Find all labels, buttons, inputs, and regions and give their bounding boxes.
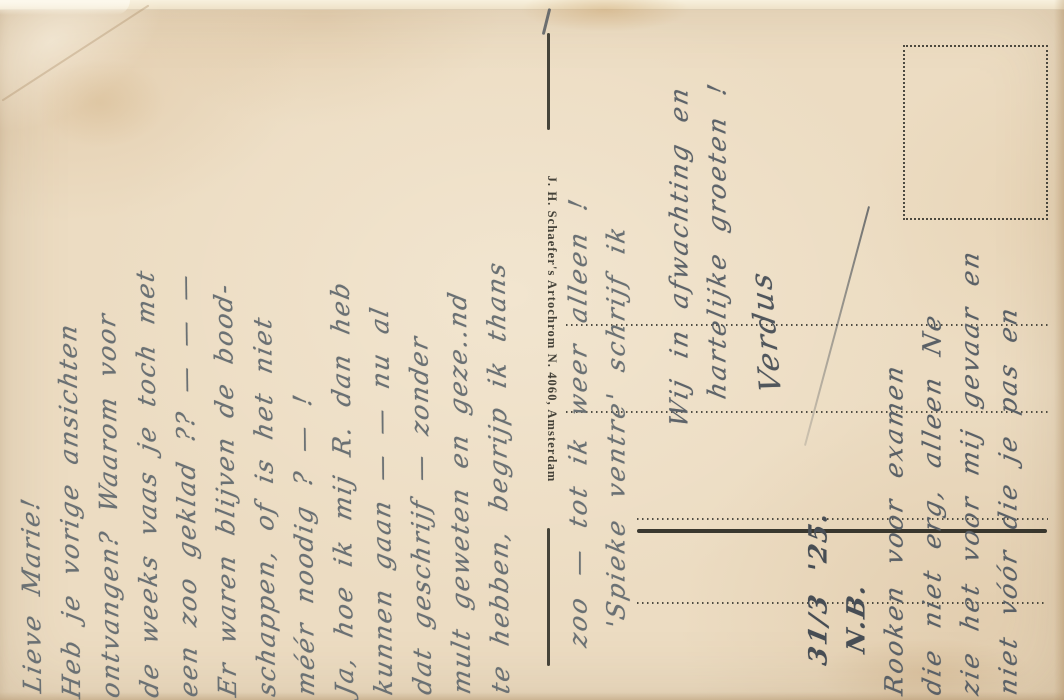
handwriting-left-block: Lieve Marie! Heb je vorige ansichten ont…: [6, 5, 548, 699]
handwriting-line: [636, 7, 661, 697]
handwriting-line: [775, 7, 800, 697]
handwriting-right-block: zoo — tot ik weer alleen ! 'Spieke ventr…: [560, 10, 1060, 695]
handwriting-line: zie het voor mij gevaar en: [952, 5, 990, 698]
handwriting-line: zoo — tot ik weer alleen !: [560, 5, 598, 650]
handwriting-line: niet vóór die je pas en: [990, 5, 1028, 698]
handwriting-line: Wij in afwachting en: [661, 5, 699, 430]
postcard-back: J. H. Schaefer's Artochrom N. 4060, Amst…: [0, 0, 1064, 700]
handwriting-line: 'Spieke ventre' schrijf ik: [598, 5, 636, 632]
handwriting-line: die niet erg, alleen Ne: [914, 5, 952, 698]
nb-label: N.B.: [838, 5, 876, 656]
handwriting-line: Rooken voor examen: [876, 5, 914, 698]
divider-rule-top: [547, 33, 550, 130]
handwriting-line: te hebben, begrijp ik thans: [474, 1, 520, 697]
